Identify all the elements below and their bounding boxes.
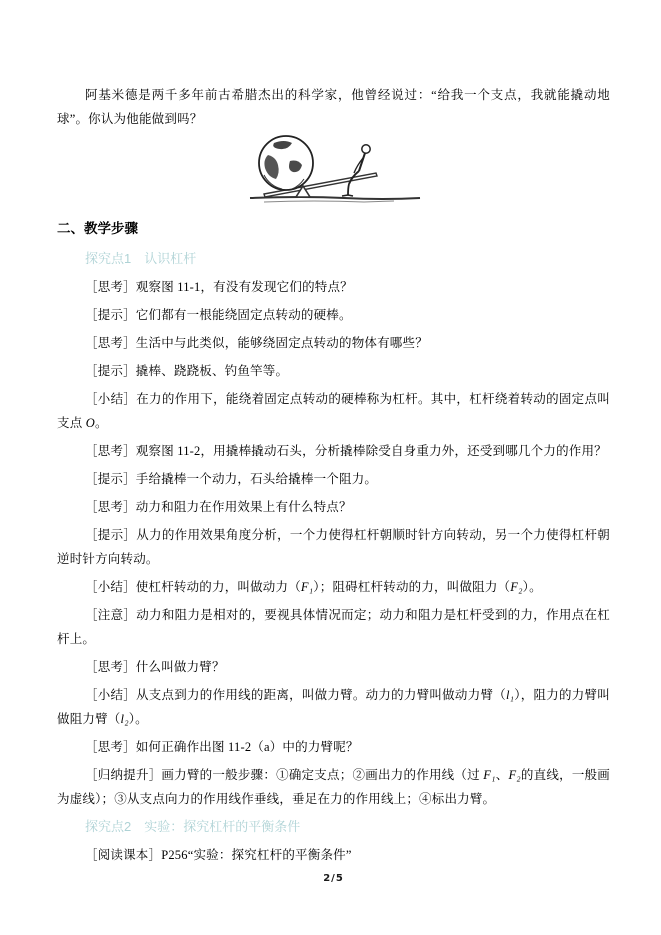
para-think-fig11-1: ［思考］观察图 11-1，有没有发现它们的特点？ [57, 275, 610, 299]
page-number: 2/5 [57, 873, 610, 884]
para-think-fig11-2-forces: ［思考］观察图 11-2，用撬棒撬动石头，分析撬棒除受自身重力外，还受到哪几个力… [57, 439, 610, 463]
archimedes-lever-earth-sketch-icon [244, 135, 424, 207]
para-hint-power-resistance: ［提示］手给撬棒一个动力，石头给撬棒一个阻力。 [57, 467, 610, 491]
para-think-moment-arm: ［思考］什么叫做力臂？ [57, 655, 610, 679]
para-read-textbook-p256: ［阅读课本］P256“实验：探究杠杆的平衡条件” [57, 843, 610, 867]
para-method-draw-arm-steps: ［归纳提升］画力臂的一般步骤：①确定支点；②画出力的作用线（过 F₁、F₂的直线… [57, 763, 610, 811]
intro-paragraph: 阿基米德是两千多年前古希腊杰出的科学家，他曾经说过：“给我一个支点，我就能撬动地… [57, 83, 610, 131]
para-think-similar-objects: ［思考］生活中与此类似，能够绕固定点转动的物体有哪些？ [57, 331, 610, 355]
subheading-explore-point-2: 探究点2 实验：探究杠杆的平衡条件 [57, 815, 610, 839]
para-think-effect-features: ［思考］动力和阻力在作用效果上有什么特点？ [57, 495, 610, 519]
section-heading-teaching-steps: 二、教学步骤 [57, 217, 610, 241]
para-summary-f1-f2: ［小结］使杠杆转动的力，叫做动力（F₁）；阻碍杠杆转动的力，叫做阻力（F₂）。 [57, 575, 610, 599]
para-summary-lever-definition: ［小结］在力的作用下，能绕着固定点转动的硬棒称为杠杆。其中，杠杆绕着转动的固定点… [57, 387, 610, 435]
para-summary-moment-arm: ［小结］从支点到力的作用线的距离，叫做力臂。动力的力臂叫做动力臂（l₁），阻力的… [57, 683, 610, 731]
figure-archimedes-lever-earth [57, 135, 610, 207]
subheading-explore-point-1: 探究点1 认识杠杆 [57, 247, 610, 271]
para-hint-rotation-directions: ［提示］从力的作用效果角度分析，一个力使得杠杆朝顺时针方向转动，另一个力使得杠杆… [57, 523, 610, 571]
document-page: 阿基米德是两千多年前古希腊杰出的科学家，他曾经说过：“给我一个支点，我就能撬动地… [0, 0, 661, 935]
para-hint-examples: ［提示］撬棒、跷跷板、钓鱼竿等。 [57, 359, 610, 383]
para-note-relative-forces: ［注意］动力和阻力是相对的，要视具体情况而定；动力和阻力是杠杆受到的力，作用点在… [57, 603, 610, 651]
para-think-draw-arm: ［思考］如何正确作出图 11-2（a）中的力臂呢？ [57, 735, 610, 759]
para-hint-rigid-bar: ［提示］它们都有一根能绕固定点转动的硬棒。 [57, 303, 610, 327]
